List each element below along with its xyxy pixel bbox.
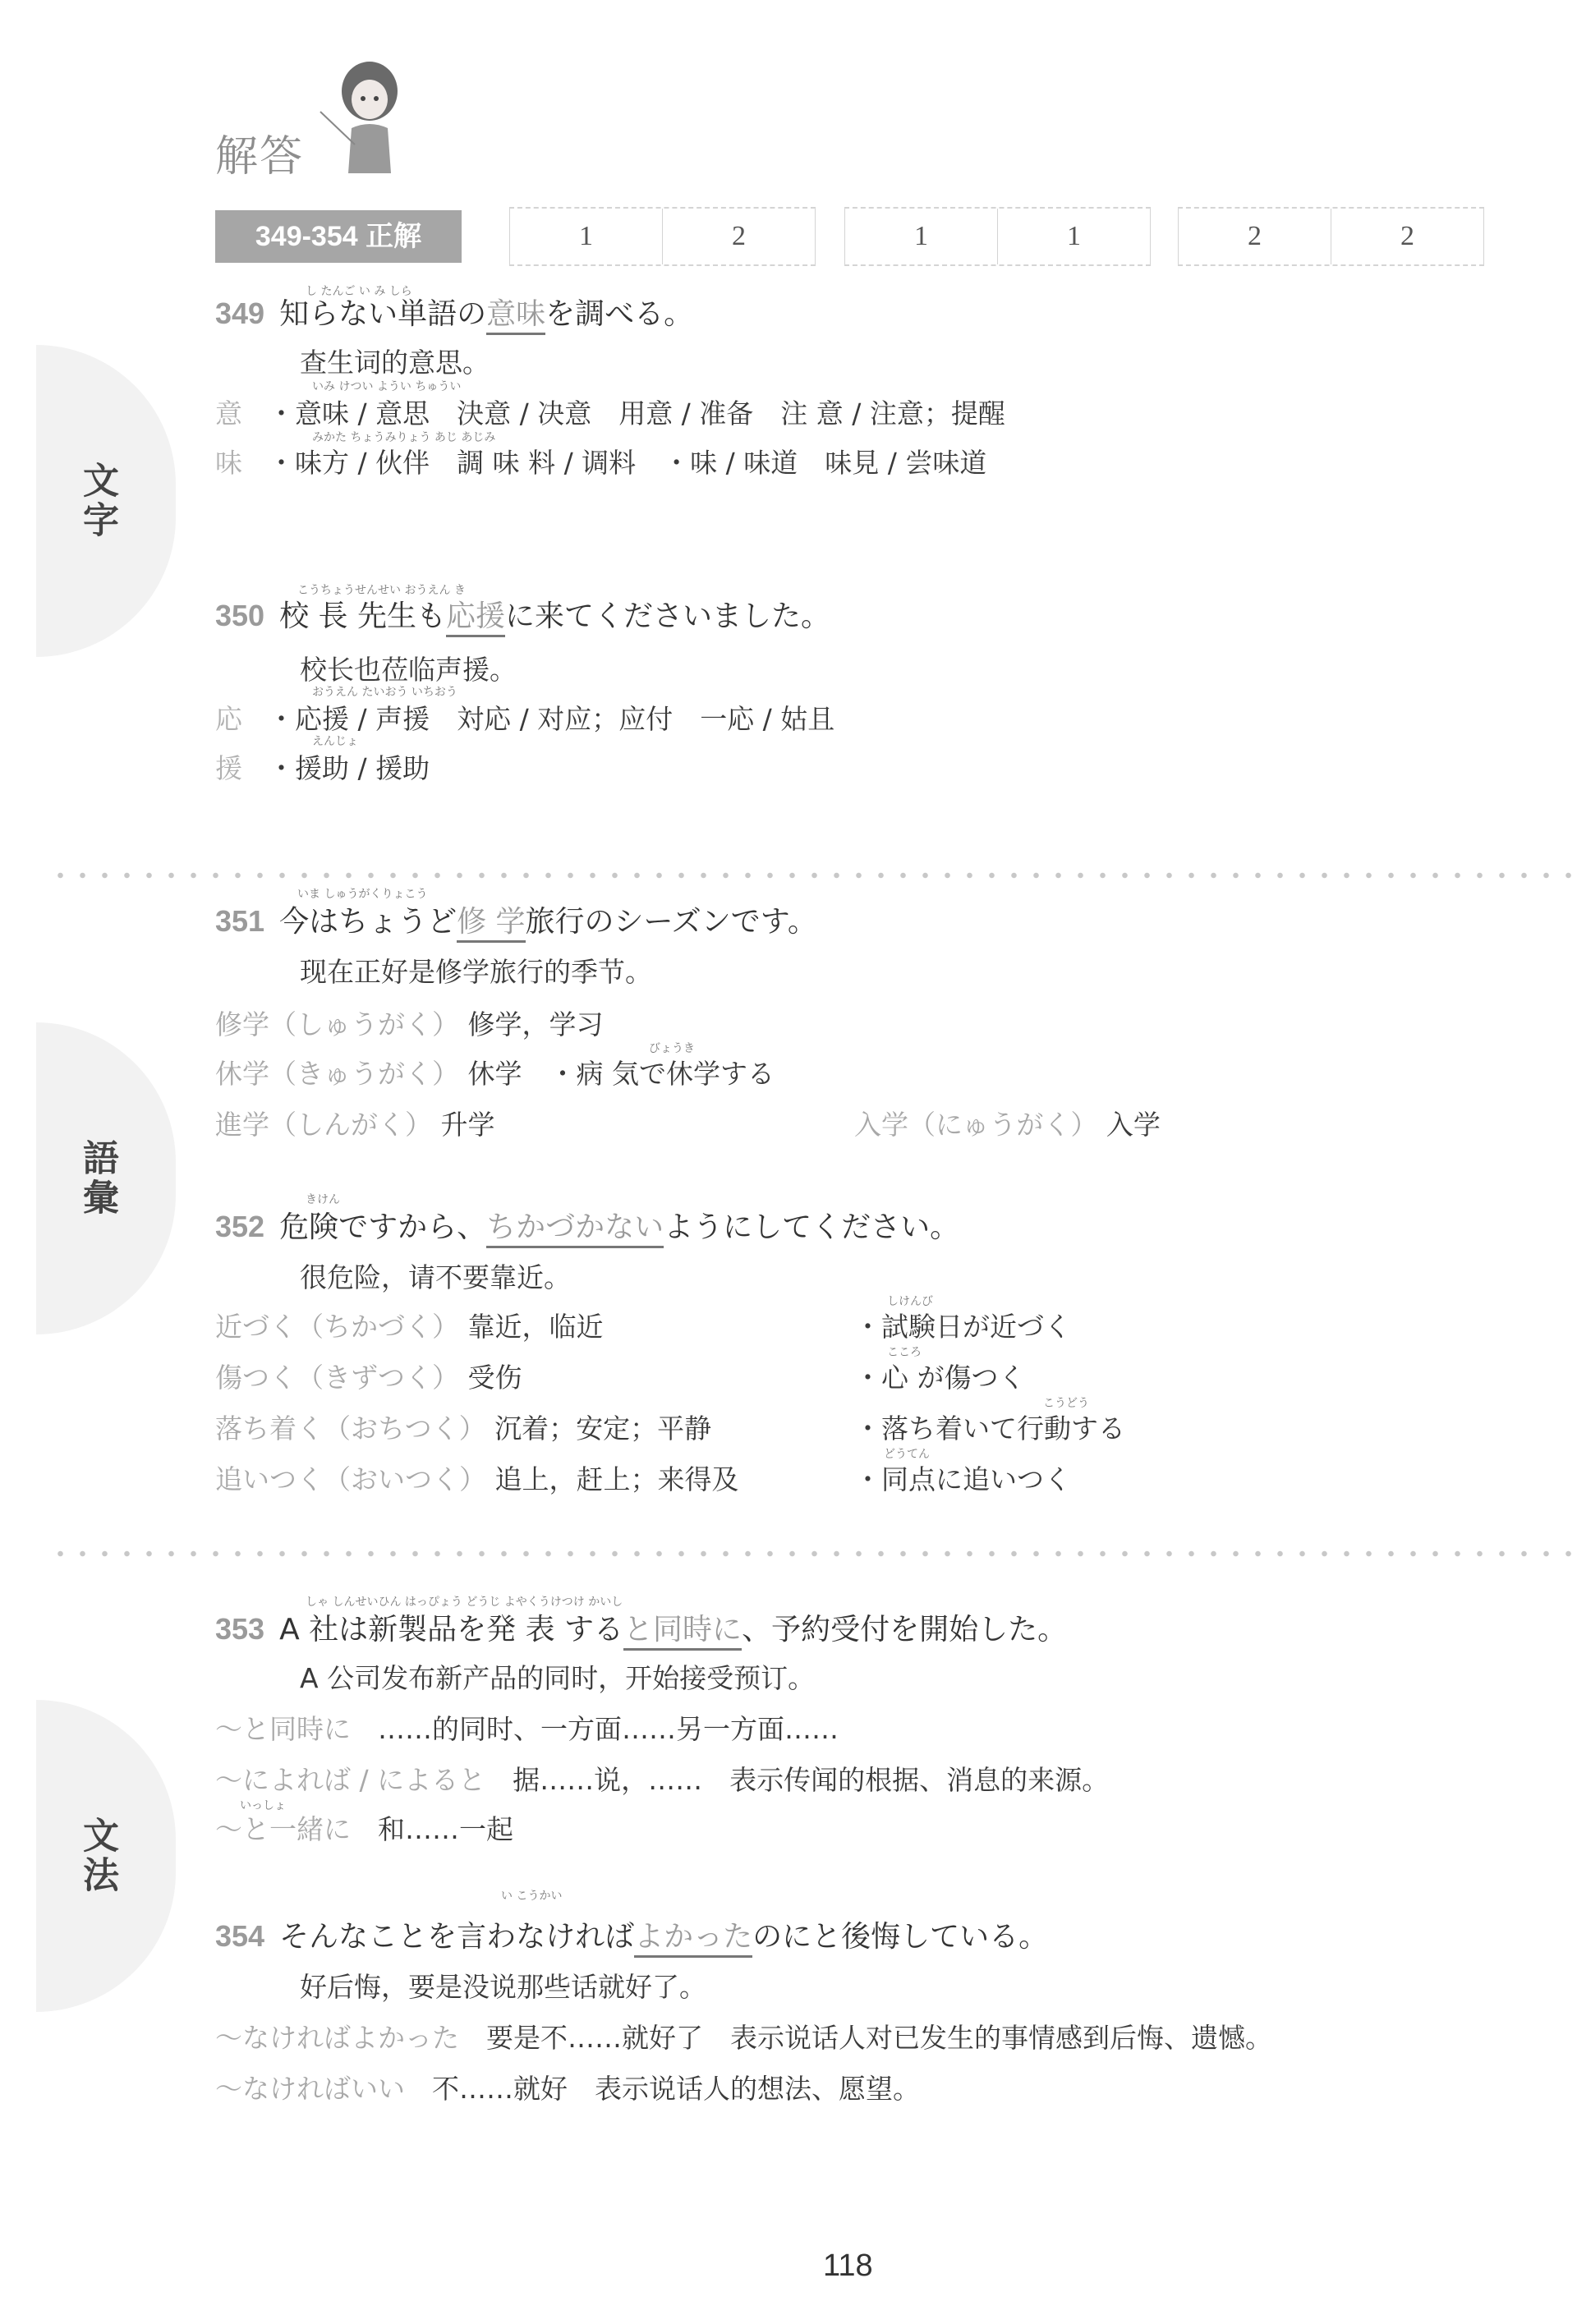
- sentence-pre: 知らない単語の: [279, 297, 486, 331]
- vocab-key: 傷つく（きずつく）: [215, 1362, 459, 1394]
- ruby-line: えんじょ: [312, 733, 358, 749]
- vocab-key: 落ち着く（おちつく）: [215, 1412, 486, 1444]
- vocab-key: 近づく（ちかづく）: [215, 1311, 459, 1343]
- sentence-post: に来てくださいました。: [505, 599, 830, 633]
- translation-354: 好后悔，要是没说那些话就好了。: [300, 1966, 706, 2005]
- answer-353: 2: [1179, 209, 1331, 264]
- vocab-key: 入学（にゅうがく）: [854, 1109, 1097, 1141]
- vocab-text: ・援助 / 援助: [268, 752, 430, 784]
- side-tab-label: 文法: [71, 1816, 123, 1895]
- sentence-post: 、予約受付を開始した。: [742, 1613, 1067, 1647]
- vocab-key: 追いつく（おいつく）: [215, 1463, 486, 1495]
- ruby-line: いみ けつい ようい ちゅうい: [312, 378, 461, 394]
- vocab-row: 援・援助 / 援助: [215, 747, 430, 786]
- sentence-post: 旅行のシーズンです。: [526, 905, 817, 939]
- vocab-key: ～と一緒に: [215, 1813, 351, 1845]
- sentence-post: ようにしてください。: [664, 1210, 959, 1244]
- vocab-example: ・心 が傷つく: [854, 1357, 1026, 1395]
- vocab-key: ～と同時に: [215, 1713, 351, 1745]
- sentence-pre: 校 長 先生も: [279, 599, 446, 633]
- side-tab-bunpo: 文法: [36, 1700, 176, 2012]
- underlined-target: 修 学: [457, 905, 525, 943]
- vocab-row: 追いつく（おいつく） 追上，赶上；来得及: [215, 1458, 739, 1497]
- vocab-key: 意: [215, 393, 268, 431]
- vocab-row: 味・味方 / 伙伴 調 味 料 / 调料 ・味 / 味道 味見 / 尝味道: [215, 442, 986, 480]
- vocab-key: 援: [215, 747, 268, 786]
- vocab-key: ～によれば / によると: [215, 1764, 485, 1796]
- question-354: 354そんなことを言わなければよかったのにと後悔している。: [215, 1913, 1048, 1955]
- vocab-text: 和……一起: [378, 1813, 513, 1845]
- vocab-text: 靠近，临近: [468, 1311, 604, 1343]
- vocab-example: ・試験日が近づく: [854, 1306, 1071, 1344]
- vocab-text: ・味方 / 伙伴 調 味 料 / 调料 ・味 / 味道 味見 / 尝味道: [268, 447, 986, 479]
- side-tab-moji: 文字: [36, 345, 176, 657]
- underlined-target: よかった: [634, 1920, 752, 1958]
- vocab-row: ～と一緒に 和……一起: [215, 1808, 513, 1847]
- side-tab-label: 語彙: [71, 1139, 123, 1218]
- question-351: 351今はちょうど修 学旅行のシーズンです。: [215, 898, 817, 940]
- ruby-line: おうえん たいおう いちおう: [312, 683, 457, 700]
- question-number: 354: [215, 1919, 264, 1953]
- sentence-post: のにと後悔している。: [752, 1920, 1048, 1954]
- vocab-row: ～なければいい 不……就好 表示说话人的想法、愿望。: [215, 2068, 920, 2106]
- vocab-key: 味: [215, 442, 268, 480]
- dotted-divider: [49, 872, 1577, 879]
- vocab-row: 傷つく（きずつく） 受伤: [215, 1357, 522, 1395]
- answer-349: 1: [510, 209, 662, 264]
- vocab-row: 修学（しゅうがく） 修学，学习: [215, 1004, 604, 1042]
- underlined-target: と同時に: [623, 1613, 742, 1651]
- sentence-pre: そんなことを言わなければ: [279, 1920, 634, 1954]
- vocab-row: 応・応援 / 声援 対応 / 对应；应付 一応 / 姑且: [215, 698, 834, 737]
- vocab-text: 受伤: [468, 1362, 522, 1394]
- page-number: 118: [823, 2248, 873, 2284]
- translation-351: 现在正好是修学旅行的季节。: [300, 951, 652, 990]
- question-352: 352危険ですから、ちかづかないようにしてください。: [215, 1204, 959, 1246]
- underlined-target: ちかづかない: [486, 1210, 664, 1248]
- vocab-text: 要是不……就好了 表示说话人对已发生的事情感到后悔、遗憾。: [486, 2022, 1272, 2054]
- question-number: 353: [215, 1612, 264, 1646]
- dotted-divider: [49, 1550, 1577, 1557]
- question-number: 352: [215, 1210, 264, 1243]
- answer-group-2: 1 1: [844, 207, 1151, 266]
- vocab-key: ～なければよかった: [215, 2022, 459, 2054]
- vocab-text: 追上，赶上；来得及: [495, 1463, 739, 1495]
- vocab-example: ・同点に追いつく: [854, 1458, 1071, 1497]
- vocab-row: ～と同時に ……的同时、一方面……另一方面……: [215, 1708, 839, 1747]
- vocab-text: 据……说，…… 表示传闻的根据、消息的来源。: [513, 1764, 1109, 1796]
- sentence-post: を調べる。: [545, 297, 693, 331]
- vocab-row: 入学（にゅうがく） 入学: [854, 1104, 1161, 1142]
- answer-352: 1: [997, 209, 1150, 264]
- section-title: 解答: [215, 122, 304, 183]
- sentence-pre: A 社は新製品を発 表 する: [279, 1613, 623, 1647]
- question-number: 351: [215, 904, 264, 938]
- translation-353: A 公司发布新产品的同时，开始接受预订。: [300, 1657, 815, 1696]
- answer-354: 2: [1331, 209, 1483, 264]
- vocab-row: ～によれば / によると 据……说，…… 表示传闻的根据、消息的来源。: [215, 1759, 1109, 1798]
- vocab-text: 不……就好 表示说话人的想法、愿望。: [432, 2073, 920, 2105]
- answer-351: 1: [845, 209, 997, 264]
- side-tab-label: 文字: [71, 462, 123, 540]
- vocab-row: 近づく（ちかづく） 靠近，临近: [215, 1306, 604, 1344]
- vocab-row: 意・意味 / 意思 決意 / 决意 用意 / 准备 注 意 / 注意；提醒: [215, 393, 1005, 431]
- vocab-key: 応: [215, 698, 268, 737]
- vocab-example: ・落ち着いて行動する: [854, 1408, 1125, 1446]
- vocab-key: ～なければいい: [215, 2073, 405, 2105]
- translation-350: 校长也莅临声援。: [300, 649, 517, 687]
- vocab-text: 沉着；安定；平静: [494, 1412, 711, 1444]
- translation-352: 很危险，请不要靠近。: [300, 1256, 571, 1295]
- vocab-text: 入学: [1106, 1109, 1161, 1141]
- underlined-target: 応援: [446, 599, 505, 637]
- answer-group-3: 2 2: [1178, 207, 1484, 266]
- translation-349: 查生词的意思。: [300, 342, 490, 380]
- answer-350: 2: [662, 209, 815, 264]
- answer-group-1: 1 2: [509, 207, 816, 266]
- vocab-row: ～なければよかった 要是不……就好了 表示说话人对已发生的事情感到后悔、遗憾。: [215, 2017, 1272, 2055]
- question-349: 349知らない単語の意味を調べる。: [215, 291, 693, 333]
- vocab-text: 升学: [441, 1109, 495, 1141]
- vocab-text: 修学，学习: [468, 1008, 604, 1040]
- vocab-row: 進学（しんがく） 升学: [215, 1104, 495, 1142]
- vocab-row: 落ち着く（おちつく） 沉着；安定；平静: [215, 1408, 711, 1446]
- vocab-key: 修学（しゅうがく）: [215, 1008, 459, 1040]
- question-350: 350校 長 先生も応援に来てくださいました。: [215, 593, 830, 635]
- vocab-text: ・応援 / 声援 対応 / 对应；应付 一応 / 姑且: [268, 703, 834, 735]
- sentence-pre: 今はちょうど: [279, 905, 457, 939]
- vocab-text: ……的同时、一方面……另一方面……: [378, 1713, 839, 1745]
- ruby-line: い こうかい: [501, 1887, 562, 1904]
- question-353: 353A 社は新製品を発 表 すると同時に、予約受付を開始した。: [215, 1606, 1067, 1648]
- underlined-target: 意味: [486, 297, 545, 335]
- question-number: 349: [215, 296, 264, 330]
- answer-range-label: 349-354 正解: [215, 210, 462, 263]
- vocab-text: 休学 ・病 気で休学する: [468, 1058, 775, 1090]
- vocab-row: 休学（きゅうがく） 休学 ・病 気で休学する: [215, 1053, 775, 1091]
- vocab-key: 休学（きゅうがく）: [215, 1058, 459, 1090]
- vocab-key: 進学（しんがく）: [215, 1109, 432, 1141]
- vocab-text: ・意味 / 意思 決意 / 决意 用意 / 准备 注 意 / 注意；提醒: [268, 397, 1005, 429]
- teacher-mascot-icon: [312, 54, 411, 177]
- question-number: 350: [215, 599, 264, 632]
- side-tab-goi: 語彙: [36, 1022, 176, 1334]
- sentence-pre: 危険ですから、: [279, 1210, 486, 1244]
